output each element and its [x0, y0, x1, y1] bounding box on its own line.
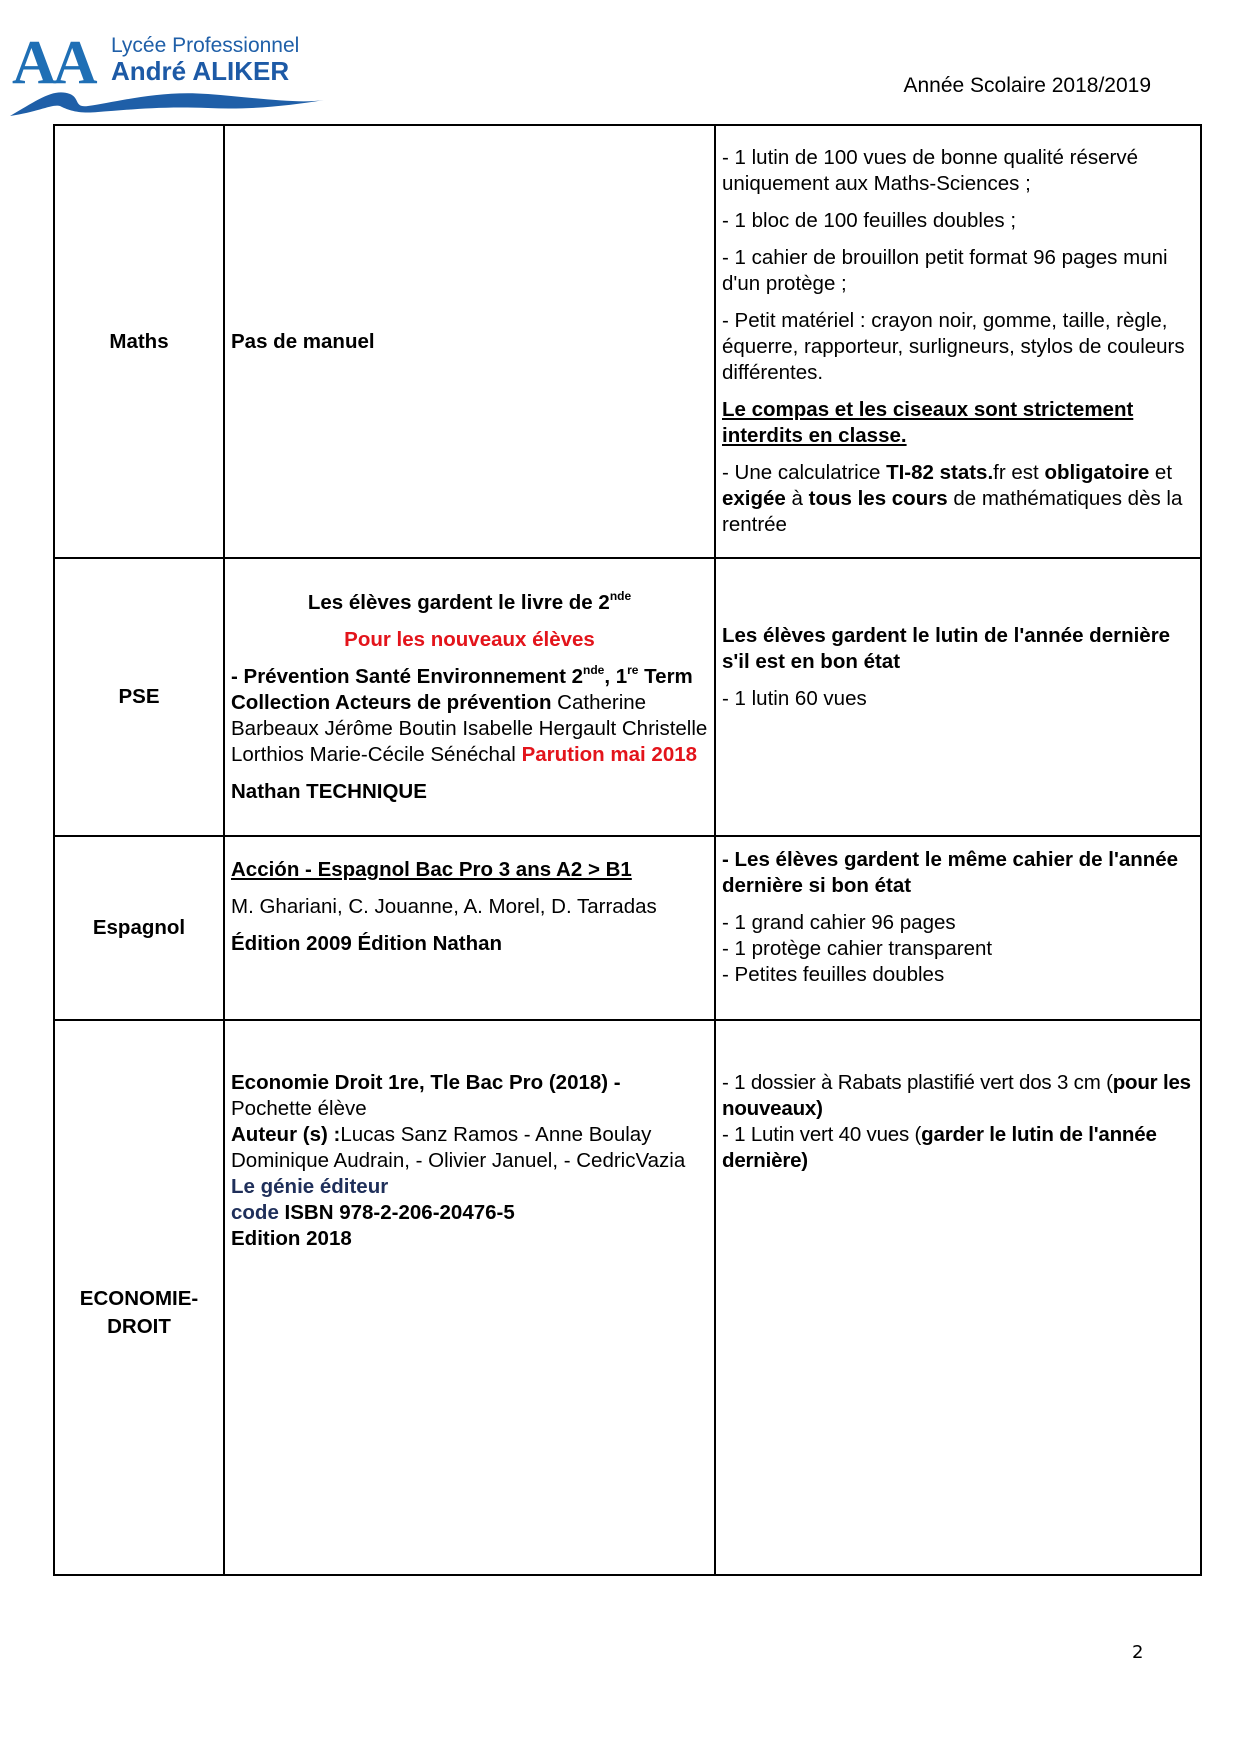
book-subtitle: Pochette élève	[231, 1096, 708, 1122]
calc-mandatory: obligatoire	[1044, 461, 1149, 484]
page-number: 2	[1132, 1642, 1143, 1663]
calc-prefix: - Une calculatrice	[722, 461, 886, 484]
supply-item: - Petites feuilles doubles	[722, 962, 1194, 988]
book-title: Economie Droit 1re, Tle Bac Pro (2018) -	[231, 1070, 708, 1096]
table-row: Espagnol Acción - Espagnol Bac Pro 3 ans…	[54, 836, 1201, 1020]
new-students-note: Pour les nouveaux élèves	[231, 627, 708, 653]
logo-line-1: Lycée Professionnel	[111, 34, 299, 58]
book-publisher: Nathan TECHNIQUE	[231, 779, 708, 805]
keep-book-note: Les élèves gardent le livre de 2nde	[231, 590, 708, 616]
book-cell: Economie Droit 1re, Tle Bac Pro (2018) -…	[224, 1020, 715, 1575]
subject-economie-droit: ECONOMIE- DROIT	[54, 1020, 224, 1575]
book-edition: Édition 2009 Édition Nathan	[231, 931, 708, 957]
book-authors: Auteur (s) :Lucas Sanz Ramos - Anne Boul…	[231, 1122, 708, 1148]
subject-maths: Maths	[54, 125, 224, 558]
calc-all-classes: tous les cours	[809, 487, 948, 510]
book-edition: Edition 2018	[231, 1226, 708, 1252]
title-part-1: - Prévention Santé Environnement 2	[231, 665, 583, 688]
code-label: code	[231, 1201, 279, 1224]
book-title: Acción - Espagnol Bac Pro 3 ans A2 > B1	[231, 857, 708, 883]
subject-pse: PSE	[54, 558, 224, 836]
book-isbn: code ISBN 978-2-206-20476-5	[231, 1200, 708, 1226]
supply-item: - 1 bloc de 100 feuilles doubles ;	[722, 208, 1194, 234]
table-row: PSE Les élèves gardent le livre de 2nde …	[54, 558, 1201, 836]
title-part-2: , 1	[604, 665, 627, 688]
book-text: Pas de manuel	[231, 329, 708, 355]
calc-and: et	[1149, 461, 1172, 484]
warning-note: Le compas et les ciseaux sont strictemen…	[722, 397, 1194, 449]
supplies-cell: - 1 lutin de 100 vues de bonne qualité r…	[715, 125, 1201, 558]
supply-item: - 1 lutin de 100 vues de bonne qualité r…	[722, 145, 1194, 197]
supply-item: - 1 dossier à Rabats plastifié vert dos …	[722, 1070, 1194, 1122]
calc-required: exigée	[722, 487, 786, 510]
subject-espagnol: Espagnol	[54, 836, 224, 1020]
authors-line-1: Lucas Sanz Ramos - Anne Boulay	[340, 1123, 651, 1146]
supply-item: - Petit matériel : crayon noir, gomme, t…	[722, 308, 1194, 386]
calc-at: à	[786, 487, 809, 510]
authors-label: Auteur (s) :	[231, 1123, 340, 1146]
table-row: ECONOMIE- DROIT Economie Droit 1re, Tle …	[54, 1020, 1201, 1575]
school-logo: AA Lycée Professionnel André ALIKER	[8, 30, 328, 115]
book-authors-2: Dominique Audrain, - Olivier Januel, - C…	[231, 1148, 708, 1174]
book-cell: Acción - Espagnol Bac Pro 3 ans A2 > B1 …	[224, 836, 715, 1020]
school-year: Année Scolaire 2018/2019	[903, 74, 1151, 98]
supply-item-text: - 1 dossier à Rabats plastifié vert dos …	[722, 1071, 1113, 1094]
book-cell: Pas de manuel	[224, 125, 715, 558]
keep-note-text: Les élèves gardent le livre de 2	[308, 591, 610, 614]
supply-item: - 1 cahier de brouillon petit format 96 …	[722, 245, 1194, 297]
keep-lutin-note: Les élèves gardent le lutin de l'année d…	[722, 623, 1194, 675]
title-sup-2: re	[627, 663, 638, 677]
book-details: - Prévention Santé Environnement 2nde, 1…	[231, 664, 708, 768]
calc-model: TI-82 stats.	[886, 461, 993, 484]
supply-item-text: - 1 Lutin vert 40 vues (	[722, 1123, 921, 1146]
calculator-note: - Une calculatrice TI-82 stats.fr est ob…	[722, 460, 1194, 538]
wave-icon	[8, 80, 328, 120]
isbn: ISBN 978-2-206-20476-5	[279, 1201, 515, 1224]
keep-notebook-note: - Les élèves gardent le même cahier de l…	[722, 847, 1194, 899]
supply-item: - 1 Lutin vert 40 vues (garder le lutin …	[722, 1122, 1194, 1174]
book-authors: M. Ghariani, C. Jouanne, A. Morel, D. Ta…	[231, 894, 708, 920]
supplies-table: Maths Pas de manuel - 1 lutin de 100 vue…	[53, 124, 1202, 1576]
supplies-cell: - Les élèves gardent le même cahier de l…	[715, 836, 1201, 1020]
calc-model-suffix: fr est	[993, 461, 1044, 484]
supply-item: - 1 lutin 60 vues	[722, 686, 1194, 712]
subject-line-1: ECONOMIE-	[80, 1287, 198, 1310]
book-publisher: Le génie éditeur	[231, 1174, 708, 1200]
subject-line-2: DROIT	[107, 1315, 171, 1338]
keep-note-sup: nde	[610, 589, 631, 603]
table-row: Maths Pas de manuel - 1 lutin de 100 vue…	[54, 125, 1201, 558]
title-sup-1: nde	[583, 663, 604, 677]
supplies-cell: - 1 dossier à Rabats plastifié vert dos …	[715, 1020, 1201, 1575]
supplies-cell: Les élèves gardent le lutin de l'année d…	[715, 558, 1201, 836]
book-cell: Les élèves gardent le livre de 2nde Pour…	[224, 558, 715, 836]
release-date: Parution mai 2018	[522, 743, 697, 766]
supply-item: - 1 grand cahier 96 pages	[722, 910, 1194, 936]
supply-item: - 1 protège cahier transparent	[722, 936, 1194, 962]
